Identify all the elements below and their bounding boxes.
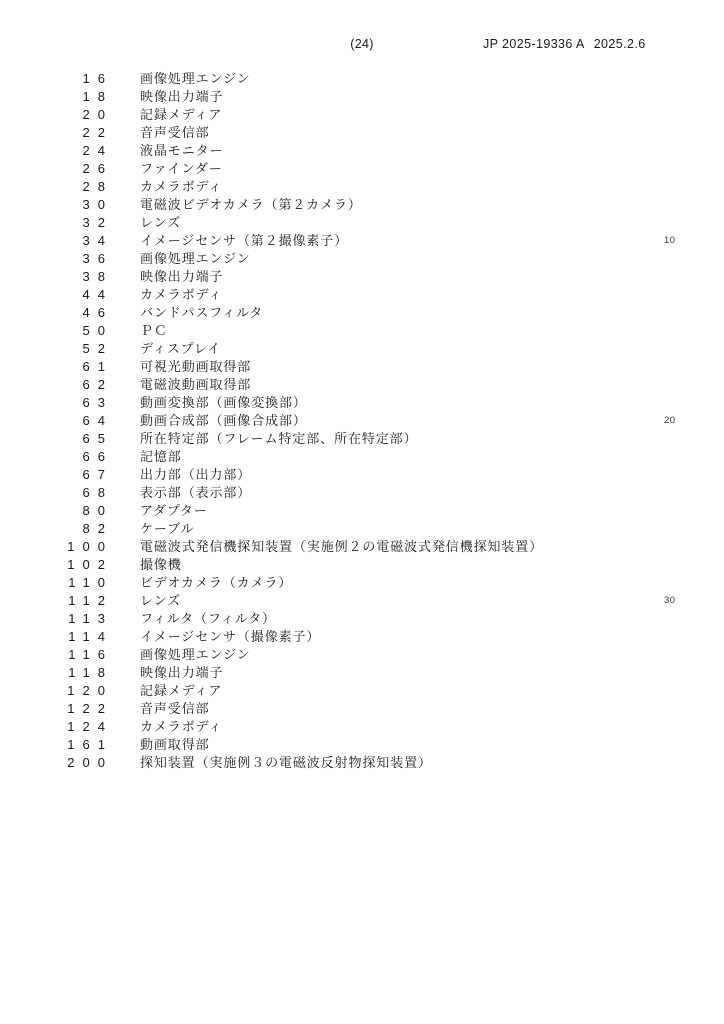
reference-label: 画像処理エンジン [140,70,251,88]
reference-label: 表示部（表示部） [140,484,251,502]
reference-item: 113 フィルタ（フィルタ） [0,610,543,628]
reference-item: 68 表示部（表示部） [0,484,543,502]
reference-item: 16 画像処理エンジン [0,70,543,88]
reference-number: 28 [0,178,113,196]
reference-number: 116 [0,646,113,664]
reference-label: ケーブル [140,520,194,538]
publication-date: 2025.2.6 [594,37,646,51]
reference-number: 20 [0,106,113,124]
reference-item: 18 映像出力端子 [0,88,543,106]
reference-label: 動画変換部（画像変換部） [140,394,307,412]
reference-number: 114 [0,628,113,646]
reference-label: 撮像機 [140,556,182,574]
reference-item: 63 動画変換部（画像変換部） [0,394,543,412]
publication-number: JP 2025-19336 A [483,37,585,51]
reference-number: 52 [0,340,113,358]
reference-number: 113 [0,610,113,628]
reference-item: 64 動画合成部（画像合成部） [0,412,543,430]
line-number: 10 [664,235,676,246]
reference-number: 110 [0,574,113,592]
reference-number: 118 [0,664,113,682]
line-number: 20 [664,415,676,426]
reference-item: 120 記録メディア [0,682,543,700]
reference-item: 200 探知装置（実施例３の電磁波反射物探知装置） [0,754,543,772]
reference-label: 音声受信部 [140,124,210,142]
reference-label: 液晶モニター [140,142,223,160]
reference-item: 102 撮像機 [0,556,543,574]
reference-number: 63 [0,394,113,412]
reference-number: 30 [0,196,113,214]
reference-label: 記録メディア [140,682,222,700]
reference-item: 124 カメラボディ [0,718,543,736]
reference-item: 82 ケーブル [0,520,543,538]
reference-item: 38 映像出力端子 [0,268,543,286]
reference-label: ファインダー [140,160,223,178]
reference-label: ＰＣ [140,322,168,340]
reference-label: レンズ [140,592,181,610]
reference-label: 記憶部 [140,448,182,466]
reference-item: 61 可視光動画取得部 [0,358,543,376]
reference-label: 所在特定部（フレーム特定部、所在特定部） [140,430,417,448]
reference-number: 122 [0,700,113,718]
reference-item: 62 電磁波動画取得部 [0,376,543,394]
reference-item: 26 ファインダー [0,160,543,178]
reference-label: 映像出力端子 [140,88,223,106]
reference-label: イメージセンサ（第２撮像素子） [140,232,348,250]
reference-item: 36 画像処理エンジン [0,250,543,268]
publication-reference: JP 2025-19336 A2025.2.6 [483,37,646,51]
reference-numerals-list: 16 画像処理エンジン 18 映像出力端子 20 記録メディア 22 音声受信部… [0,70,543,772]
reference-label: 映像出力端子 [140,664,223,682]
reference-label: 画像処理エンジン [140,646,251,664]
reference-number: 80 [0,502,113,520]
reference-item: 116 画像処理エンジン [0,646,543,664]
reference-item: 52 ディスプレイ [0,340,543,358]
reference-label: カメラボディ [140,718,222,736]
reference-number: 46 [0,304,113,322]
reference-label: 動画取得部 [140,736,210,754]
reference-label: 探知装置（実施例３の電磁波反射物探知装置） [140,754,432,772]
reference-number: 100 [0,538,113,556]
reference-number: 16 [0,70,113,88]
reference-number: 22 [0,124,113,142]
reference-item: 112 レンズ [0,592,543,610]
reference-item: 66 記憶部 [0,448,543,466]
page-header: (24) JP 2025-19336 A2025.2.6 [0,37,724,53]
reference-label: 画像処理エンジン [140,250,251,268]
reference-number: 82 [0,520,113,538]
reference-label: 電磁波動画取得部 [140,376,251,394]
reference-item: 65 所在特定部（フレーム特定部、所在特定部） [0,430,543,448]
reference-item: 22 音声受信部 [0,124,543,142]
reference-number: 26 [0,160,113,178]
reference-number: 62 [0,376,113,394]
reference-item: 110 ビデオカメラ（カメラ） [0,574,543,592]
patent-document-page: (24) JP 2025-19336 A2025.2.6 16 画像処理エンジン… [0,0,724,1024]
reference-item: 114 イメージセンサ（撮像素子） [0,628,543,646]
reference-item: 122 音声受信部 [0,700,543,718]
reference-item: 50 ＰＣ [0,322,543,340]
line-number: 30 [664,595,676,606]
reference-item: 24 液晶モニター [0,142,543,160]
reference-number: 68 [0,484,113,502]
reference-label: カメラボディ [140,178,222,196]
reference-number: 66 [0,448,113,466]
reference-number: 64 [0,412,113,430]
reference-item: 161 動画取得部 [0,736,543,754]
reference-label: 動画合成部（画像合成部） [140,412,307,430]
reference-number: 24 [0,142,113,160]
reference-number: 120 [0,682,113,700]
reference-label: ディスプレイ [140,340,221,358]
reference-item: 67 出力部（出力部） [0,466,543,484]
reference-number: 61 [0,358,113,376]
reference-item: 28 カメラボディ [0,178,543,196]
reference-label: アダプター [140,502,208,520]
reference-number: 18 [0,88,113,106]
reference-number: 32 [0,214,113,232]
reference-label: イメージセンサ（撮像素子） [140,628,320,646]
reference-label: 電磁波ビデオカメラ（第２カメラ） [140,196,362,214]
reference-label: フィルタ（フィルタ） [140,610,276,628]
reference-label: バンドパスフィルタ [140,304,263,322]
reference-label: 電磁波式発信機探知装置（実施例２の電磁波式発信機探知装置） [140,538,543,556]
reference-number: 34 [0,232,113,250]
reference-item: 20 記録メディア [0,106,543,124]
reference-item: 46 バンドパスフィルタ [0,304,543,322]
reference-item: 118 映像出力端子 [0,664,543,682]
reference-number: 67 [0,466,113,484]
reference-item: 34 イメージセンサ（第２撮像素子） [0,232,543,250]
reference-label: カメラボディ [140,286,222,304]
reference-number: 38 [0,268,113,286]
reference-label: レンズ [140,214,181,232]
reference-number: 161 [0,736,113,754]
reference-item: 100 電磁波式発信機探知装置（実施例２の電磁波式発信機探知装置） [0,538,543,556]
reference-number: 50 [0,322,113,340]
reference-item: 32 レンズ [0,214,543,232]
reference-label: 出力部（出力部） [140,466,251,484]
reference-item: 44 カメラボディ [0,286,543,304]
reference-number: 36 [0,250,113,268]
reference-label: ビデオカメラ（カメラ） [140,574,292,592]
reference-item: 30 電磁波ビデオカメラ（第２カメラ） [0,196,543,214]
reference-item: 80 アダプター [0,502,543,520]
reference-number: 124 [0,718,113,736]
reference-number: 44 [0,286,113,304]
reference-number: 65 [0,430,113,448]
reference-number: 200 [0,754,113,772]
reference-number: 102 [0,556,113,574]
reference-number: 112 [0,592,113,610]
reference-label: 音声受信部 [140,700,210,718]
reference-label: 記録メディア [140,106,222,124]
reference-label: 可視光動画取得部 [140,358,251,376]
reference-label: 映像出力端子 [140,268,223,286]
